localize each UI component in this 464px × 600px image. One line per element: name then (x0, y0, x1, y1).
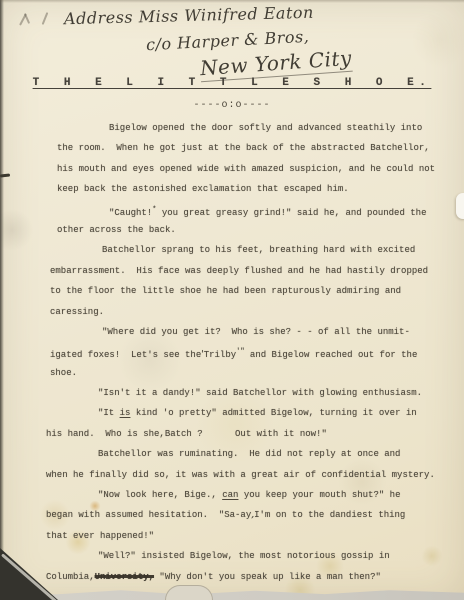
text-segment: keep back the astonished exclamation tha… (57, 184, 349, 194)
body-line: keep back the astonished exclamation tha… (57, 179, 450, 199)
text-segment: embarrassment. His face was deeply flush… (50, 266, 428, 276)
text-segment: other across the back. (57, 225, 176, 235)
text-segment: began with assumed hesitation. "Sa-ay (46, 510, 251, 520)
text-segment-strike: University, (95, 572, 154, 582)
body-text: Bigelow opened the door softly and advan… (50, 118, 450, 587)
text-segment: "Isn't it a dandy!" said Batchellor with… (98, 388, 422, 398)
body-line: the room. When he got just at the back o… (57, 138, 450, 158)
body-line: "Where did you get it? Who is she? - - o… (50, 322, 450, 342)
text-segment: Bigelow opened the door softly and advan… (109, 123, 422, 133)
text-segment: Columbia, (46, 572, 95, 582)
text-segment: you great greasy grind!" said he, and po… (156, 208, 426, 218)
body-line: caressing. (50, 302, 450, 322)
scan-bottom-background (0, 586, 464, 600)
text-segment: Trilby (204, 350, 236, 360)
text-segment: you keep your mouth shut?" he (238, 490, 400, 500)
body-line: "It is kind 'o pretty" admitted Bigelow,… (46, 403, 450, 423)
pencil-stroke-icon (42, 12, 49, 25)
text-segment: igated foxes! Let's see the (50, 350, 201, 360)
text-segment: kind 'o pretty" admitted Bigelow, turnin… (130, 408, 416, 418)
body-line: "Caught!* you great greasy grind!" said … (57, 200, 450, 220)
text-segment: I'm on to the dandiest thing (254, 510, 405, 520)
body-line: Batchellor sprang to his feet, breathing… (50, 240, 450, 260)
text-segment: "Where did you get it? Who is she? - - o… (102, 327, 410, 337)
scan-top-edge (0, 0, 464, 3)
body-line: embarrassment. His face was deeply flush… (50, 261, 450, 281)
body-line: "Now look here, Bige., can you keep your… (46, 485, 450, 505)
text-segment: that ever happened!" (46, 531, 154, 541)
bottom-edge-notch (165, 585, 213, 600)
handwritten-address-line-1: Address Miss Winifred Eaton (64, 3, 314, 29)
body-line: Batchellor was ruminating. He did not re… (46, 444, 450, 464)
body-line: Bigelow opened the door softly and advan… (57, 118, 450, 138)
text-segment-sup: '" (236, 348, 244, 356)
body-line: began with assumed hesitation. "Sa-ay,I'… (46, 505, 450, 525)
body-line: that ever happened!" (46, 526, 450, 546)
text-segment: the room. When he got just at the back o… (57, 143, 430, 153)
scan-left-edge (0, 0, 4, 556)
text-segment: to the floor the little shoe he had been… (50, 286, 401, 296)
section-divider: ----o:o---- (0, 100, 464, 111)
body-line: when he finally did so, it was with a gr… (46, 465, 450, 485)
text-segment: his mouth and eyes opened wide with amaz… (57, 164, 435, 174)
text-segment: Batchellor sprang to his feet, breathing… (102, 245, 415, 255)
text-segment: his hand. Who is she,Batch ? Out with it… (46, 429, 327, 439)
text-segment: "Now look here, Bige., (98, 490, 222, 500)
text-segment: and Bigelow reached out for the (245, 350, 418, 360)
body-line: other across the back. (57, 220, 450, 240)
text-segment: "Well?" insisted Bigelow, the most notor… (98, 551, 390, 561)
document-title: T H E L I T T L E S H O E. (0, 77, 464, 89)
text-segment: "Caught! (109, 208, 152, 218)
body-line: "Well?" insisted Bigelow, the most notor… (46, 546, 450, 566)
manuscript-page: Address Miss Winifred Eaton c/o Harper &… (0, 0, 464, 600)
text-segment: when he finally did so, it was with a gr… (46, 470, 435, 480)
text-segment: shoe. (50, 368, 77, 378)
text-segment: caressing. (50, 307, 104, 317)
body-line: Columbia,University, "Why don't you spea… (46, 567, 450, 587)
body-line: his mouth and eyes opened wide with amaz… (57, 159, 450, 179)
pencil-stroke-icon (24, 13, 30, 24)
text-segment-u: is (120, 408, 131, 418)
margin-mark-icon (0, 173, 10, 177)
text-segment: "Why don't you speak up like a man then?… (154, 572, 381, 582)
text-segment: "It (98, 408, 120, 418)
right-edge-notch (456, 193, 464, 219)
body-line: to the floor the little shoe he had been… (50, 281, 450, 301)
pencil-marks-icon (16, 10, 56, 30)
body-line: "Isn't it a dandy!" said Batchellor with… (46, 383, 450, 403)
text-segment-u: can (222, 490, 238, 500)
body-line: igated foxes! Let's see the'Trilby'" and… (50, 342, 450, 362)
text-segment: Batchellor was ruminating. He did not re… (98, 449, 400, 459)
body-line: his hand. Who is she,Batch ? Out with it… (46, 424, 450, 444)
body-line: shoe. (50, 363, 450, 383)
